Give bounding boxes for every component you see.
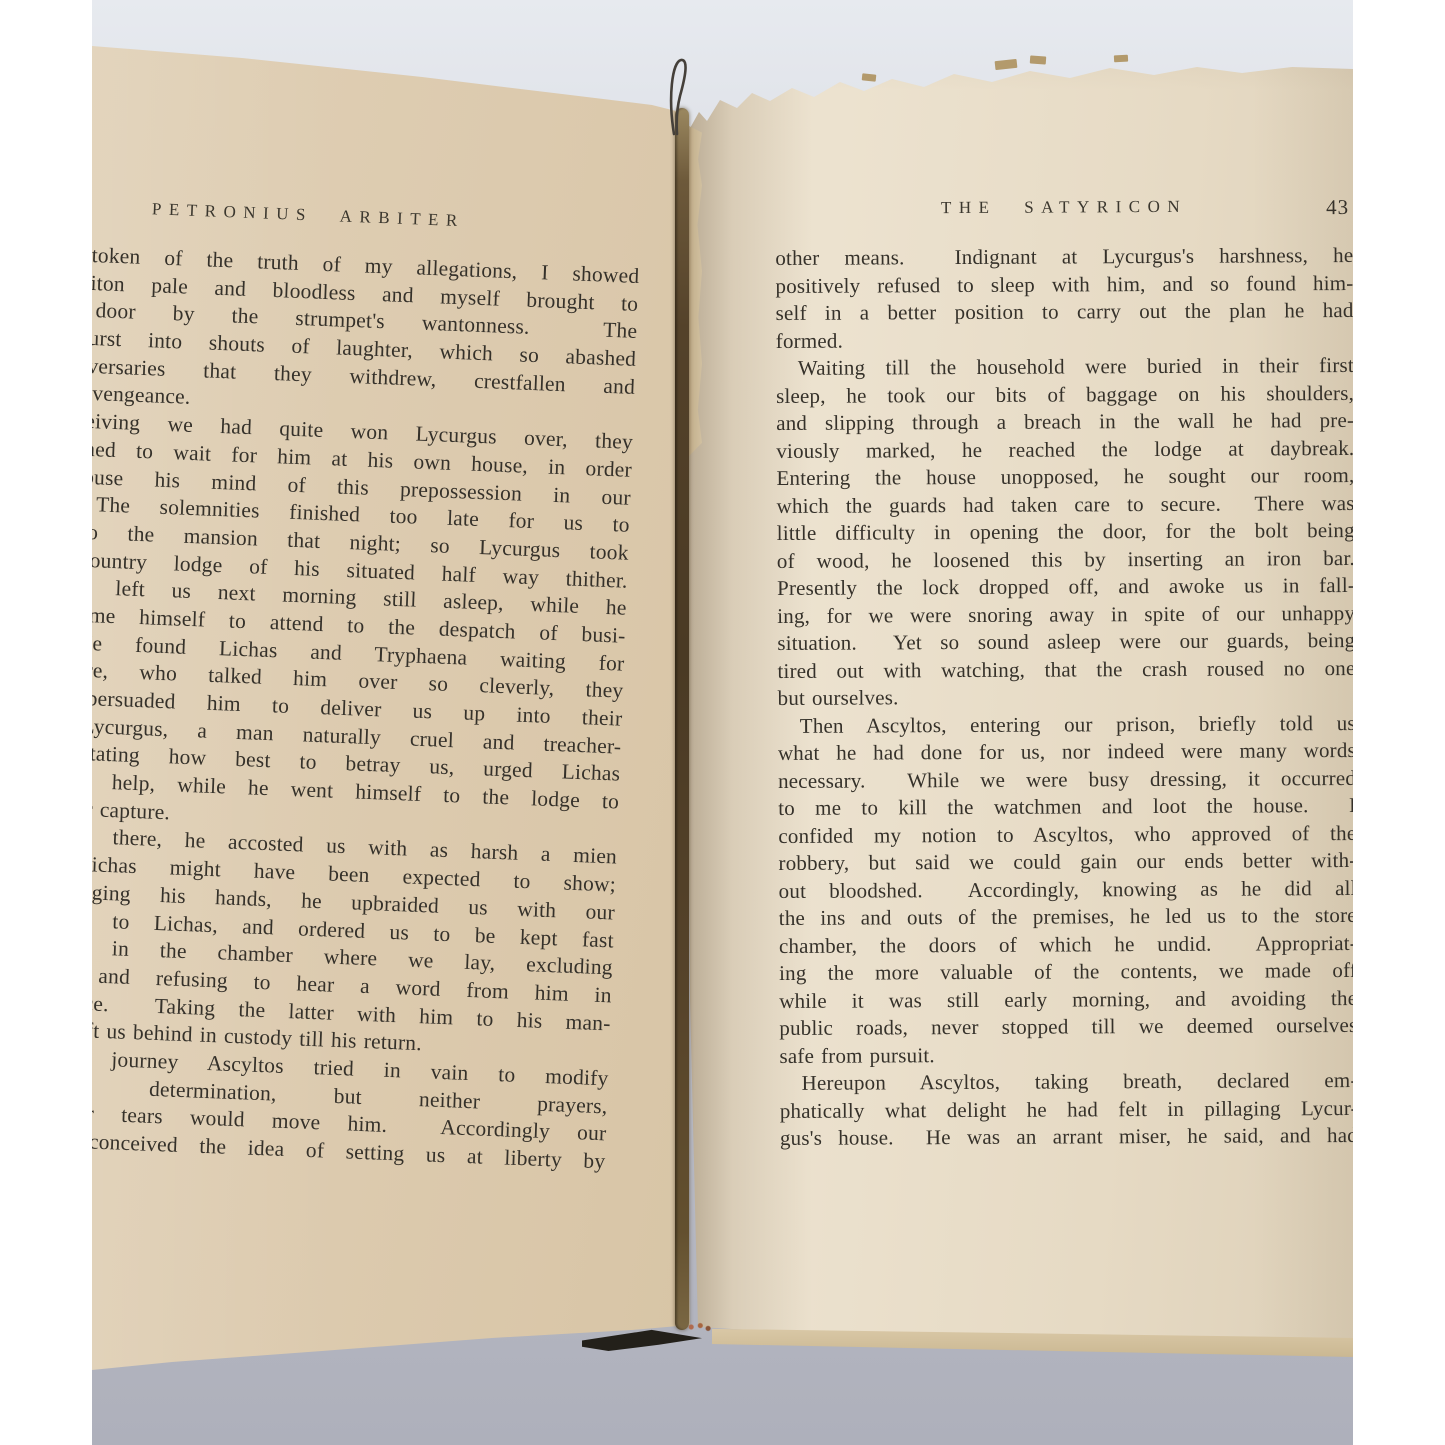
text-line: formed.: [776, 324, 1353, 355]
right-page-body: other means. Indignant at Lycurgus's har…: [775, 242, 1353, 1153]
text-line: sleep, he took our bits of baggage on hi…: [776, 379, 1353, 410]
text-line: phatically what delight he had felt in p…: [780, 1094, 1353, 1125]
text-line: Waiting till the household were buried i…: [776, 352, 1353, 383]
text-line: Presently the lock dropped off, and awok…: [777, 572, 1353, 603]
text-line: of wood, he loosened this by inserting a…: [777, 544, 1353, 575]
text-line: ing, for we were snoring away in spite o…: [777, 599, 1353, 630]
text-line: but ourselves.: [778, 682, 1353, 713]
text-line: viously marked, he reached the lodge at …: [776, 434, 1353, 465]
binding-thread: [652, 46, 698, 136]
text-line: gus's house. He was an arrant miser, he …: [780, 1122, 1353, 1153]
running-header-right: THE SATYRICON: [775, 195, 1353, 220]
deckle-crumb: [1030, 55, 1047, 64]
text-line: robbery, but said we could gain our ends…: [778, 847, 1353, 878]
book-photograph: PETRONIUS ARBITER token of the truth of …: [92, 0, 1353, 1445]
page-number: 43: [1326, 195, 1349, 220]
text-line: the ins and outs of the premises, he led…: [779, 902, 1353, 933]
text-line: which the guards had taken care to secur…: [777, 489, 1353, 520]
left-page-text: PETRONIUS ARBITER token of the truth of …: [92, 196, 642, 1176]
book-photo-stage: PETRONIUS ARBITER token of the truth of …: [0, 0, 1445, 1445]
white-margin-left: [0, 0, 92, 1445]
text-line: confided my notion to Ascyltos, who appr…: [778, 819, 1353, 850]
text-line: positively refused to sleep with him, an…: [775, 269, 1353, 300]
text-line: safe from pursuit.: [779, 1039, 1353, 1070]
text-line: while it was still early morning, and av…: [779, 984, 1353, 1015]
text-line: chamber, the doors of which he undid. Ap…: [779, 929, 1353, 960]
right-page-text: THE SATYRICON 43 other means. Indignant …: [775, 195, 1353, 1153]
text-line: little difficulty in opening the door, f…: [777, 517, 1353, 548]
binding-stitches: [686, 1320, 712, 1334]
deckle-crumb: [1114, 55, 1128, 63]
white-margin-right: [1353, 0, 1445, 1445]
text-line: tired out with watching, that the crash …: [777, 654, 1353, 685]
text-line: what he had done for us, nor indeed were…: [778, 737, 1353, 768]
left-page-body: token of the truth of my allegations, I …: [92, 242, 640, 1176]
text-line: other means. Indignant at Lycurgus's har…: [775, 242, 1353, 273]
text-line: to me to kill the watchmen and loot the …: [778, 792, 1353, 823]
text-line: necessary. While we were busy dressing, …: [778, 764, 1353, 795]
text-line: out bloodshed. Accordingly, knowing as h…: [779, 874, 1353, 905]
text-line: Hereupon Ascyltos, taking breath, declar…: [780, 1067, 1353, 1098]
text-line: situation. Yet so sound asleep were our …: [777, 627, 1353, 658]
text-line: Entering the house unopposed, he sought …: [776, 462, 1353, 493]
text-line: Then Ascyltos, entering our prison, brie…: [778, 709, 1353, 740]
header-row: THE SATYRICON 43: [775, 195, 1353, 220]
deckle-crumb: [862, 73, 877, 81]
text-line: public roads, never stopped till we deem…: [779, 1012, 1353, 1043]
text-line: self in a better position to carry out t…: [776, 297, 1353, 328]
binding-gutter: [675, 108, 689, 1330]
text-line: and slipping through a breach in the wal…: [776, 407, 1353, 438]
text-line: ing the more valuable of the contents, w…: [779, 957, 1353, 988]
deckle-crumb: [995, 59, 1018, 70]
